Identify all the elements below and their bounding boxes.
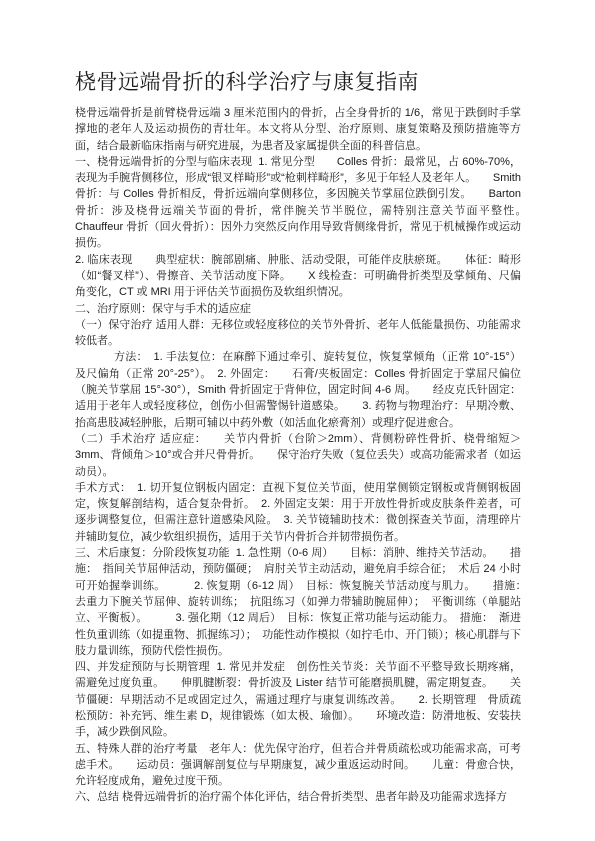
- paragraph: 方法： 1. 手法复位：在麻醉下通过牵引、旋转复位，恢复掌倾角（正常 10°-1…: [75, 349, 521, 430]
- paragraph: （二）手术治疗 适应症： 关节内骨折（台阶＞2mm）、背侧粉碎性骨折、桡骨缩短＞…: [75, 431, 521, 480]
- document-body: 桡骨远端骨折是前臂桡骨远端 3 厘米范围内的骨折，占全身骨折的 1/6，常见于跌…: [75, 105, 521, 806]
- paragraph: 六、总结 桡骨远端骨折的治疗需个体化评估，结合骨折类型、患者年龄及功能需求选择方: [75, 789, 521, 805]
- paragraph: 四、并发症预防与长期管理 1. 常见并发症 创伤性关节炎：关节面不平整导致长期疼…: [75, 659, 521, 740]
- paragraph: 三、术后康复：分阶段恢复功能 1. 急性期（0-6 周） 目标：消肿、维持关节活…: [75, 545, 521, 659]
- paragraph: 五、特殊人群的治疗考量 老年人：优先保守治疗，但若合并骨质疏松或功能需求高，可考…: [75, 741, 521, 790]
- paragraph: （一）保守治疗 适用人群：无移位或轻度移位的关节外骨折、老年人低能量损伤、功能需…: [75, 317, 521, 350]
- paragraph: 二、治疗原则：保守与手术的适应症: [75, 301, 521, 317]
- paragraph: 手术方式： 1. 切开复位钢板内固定：直视下复位关节面，使用掌侧锁定钢板或背侧钢…: [75, 480, 521, 545]
- paragraph: 2. 临床表现 典型症状：腕部剧痛、肿胀、活动受限，可能伴皮肤瘀斑。 体征：畸形…: [75, 252, 521, 301]
- paragraph: 一、桡骨远端骨折的分型与临床表现 1. 常见分型 Colles 骨折：最常见，占…: [75, 154, 521, 252]
- document-title: 桡骨远端骨折的科学治疗与康复指南: [75, 70, 521, 96]
- document-page: 桡骨远端骨折的科学治疗与康复指南 桡骨远端骨折是前臂桡骨远端 3 厘米范围内的骨…: [0, 0, 595, 841]
- paragraph: 桡骨远端骨折是前臂桡骨远端 3 厘米范围内的骨折，占全身骨折的 1/6，常见于跌…: [75, 105, 521, 154]
